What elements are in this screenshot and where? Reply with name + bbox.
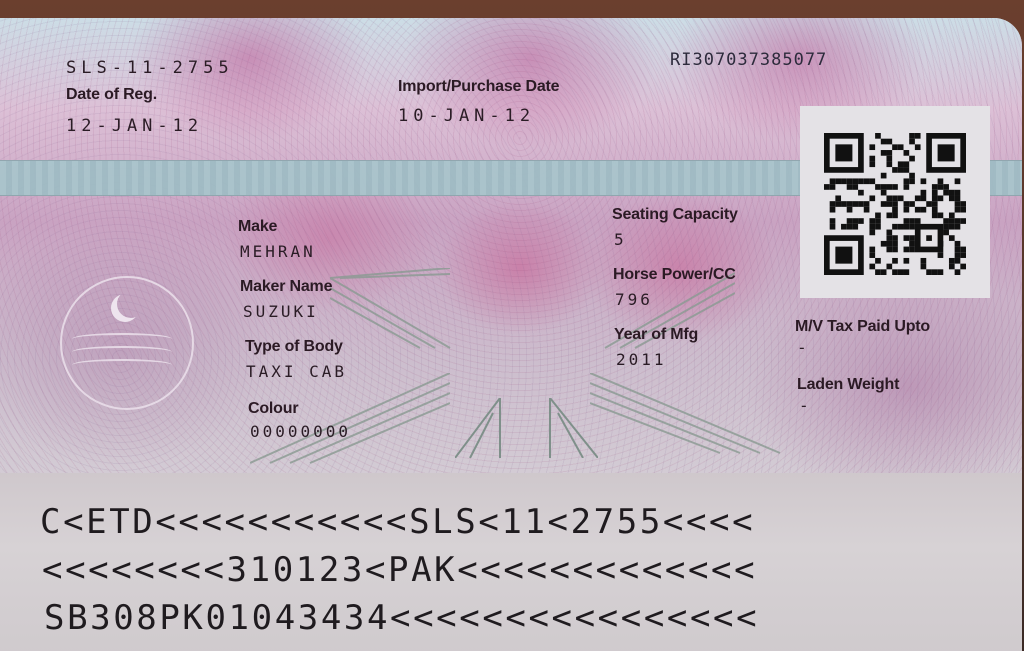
- guilloche-chevron-lower-right: [590, 373, 790, 463]
- mv-tax-value: -: [797, 338, 810, 357]
- year-of-mfg-label: Year of Mfg: [614, 326, 698, 344]
- seating-capacity-value: 5: [614, 230, 627, 249]
- maker-name-label: Maker Name: [240, 278, 332, 296]
- make-label: Make: [238, 218, 277, 236]
- year-of-mfg-value: 2011: [616, 350, 667, 369]
- type-of-body-label: Type of Body: [245, 338, 343, 356]
- card-serial-number: RI307037385077: [670, 50, 827, 70]
- mrz-line-1: C<ETD<<<<<<<<<<<SLS<11<2755<<<<: [40, 505, 755, 539]
- registration-number: SLS-11-2755: [66, 58, 234, 78]
- mrz-line-3: SB308PK01043434<<<<<<<<<<<<<<<<: [44, 601, 759, 635]
- qr-code-icon: [800, 106, 990, 298]
- make-value: MEHRAN: [240, 242, 316, 261]
- guilloche-chevron-left: [330, 268, 460, 358]
- maker-name-value: SUZUKI: [243, 302, 319, 321]
- import-date-value: 10-JAN-12: [398, 106, 535, 126]
- mv-tax-label: M/V Tax Paid Upto: [795, 318, 930, 336]
- crescent-star-emblem-icon: [60, 276, 194, 410]
- machine-readable-zone: C<ETD<<<<<<<<<<<SLS<11<2755<<<< <<<<<<<<…: [0, 473, 1022, 651]
- registration-card: SLS-11-2755 Date of Reg. 12-JAN-12 Impor…: [0, 18, 1022, 651]
- security-print-area: SLS-11-2755 Date of Reg. 12-JAN-12 Impor…: [0, 18, 1022, 473]
- type-of-body-value: TAXI CAB: [246, 362, 347, 381]
- laden-weight-value: -: [799, 396, 812, 415]
- guilloche-spike-right: [548, 398, 598, 458]
- colour-label: Colour: [248, 400, 298, 418]
- mrz-line-2: <<<<<<<<310123<PAK<<<<<<<<<<<<<: [42, 553, 757, 587]
- laden-weight-label: Laden Weight: [797, 376, 899, 394]
- date-of-reg-value: 12-JAN-12: [66, 116, 203, 136]
- import-date-label: Import/Purchase Date: [398, 78, 559, 96]
- seating-capacity-label: Seating Capacity: [612, 206, 738, 224]
- horse-power-label: Horse Power/CC: [613, 266, 736, 284]
- horse-power-value: 796: [615, 290, 653, 309]
- date-of-reg-label: Date of Reg.: [66, 86, 157, 104]
- colour-value: 00000000: [250, 422, 351, 441]
- guilloche-spike-left: [455, 398, 505, 458]
